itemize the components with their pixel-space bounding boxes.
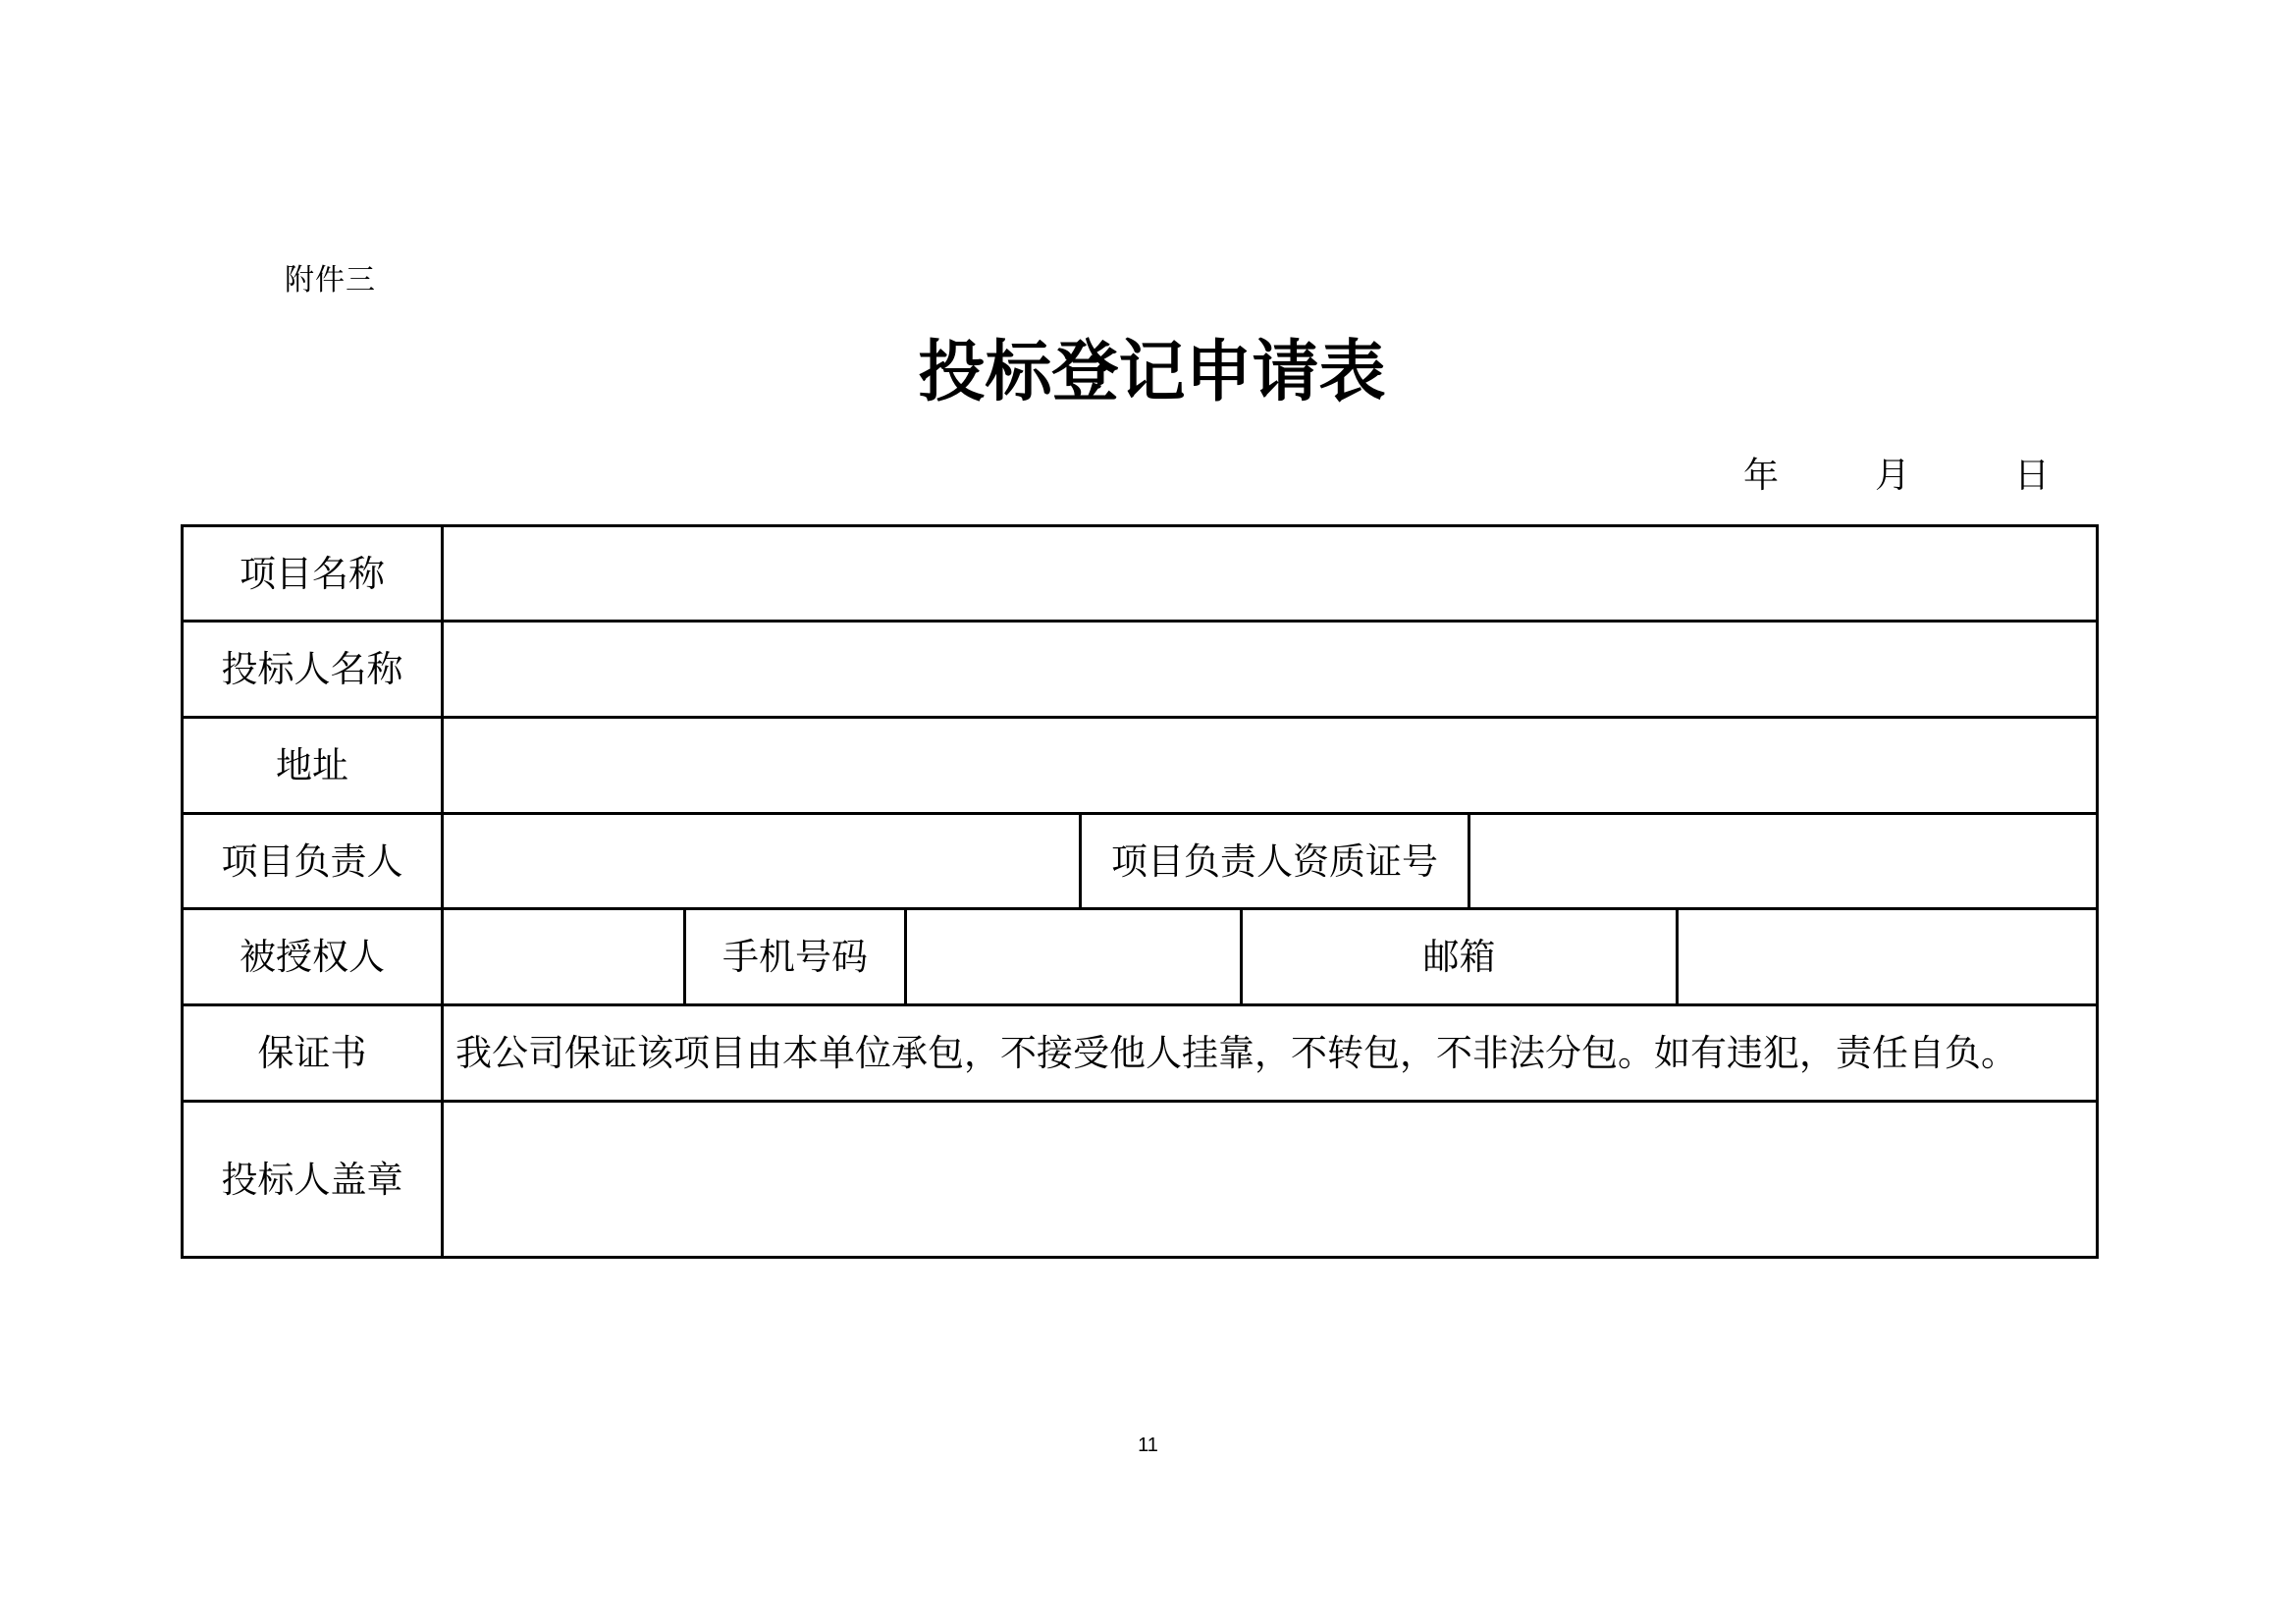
page-number: 11 — [0, 1434, 2296, 1457]
label-project-manager: 项目负责人 — [181, 812, 444, 910]
label-email: 邮箱 — [1240, 907, 1679, 1006]
date-year-label: 年 — [1743, 455, 1779, 498]
label-guarantee: 保证书 — [181, 1003, 444, 1103]
date-month-label: 月 — [1875, 455, 1910, 498]
label-project-name: 项目名称 — [181, 524, 444, 623]
registration-form-table: 项目名称 投标人名称 地址 项目负责人 项目负责人资质证号 被授权人 手机号码 … — [181, 524, 2099, 1259]
label-bidder-name: 投标人名称 — [181, 620, 444, 719]
label-authorized-person: 被授权人 — [181, 907, 444, 1006]
email-field[interactable] — [1676, 907, 2099, 1006]
date-day-label: 日 — [2014, 455, 2050, 498]
project-name-field[interactable] — [441, 524, 2099, 623]
bidder-seal-field[interactable] — [441, 1100, 2099, 1259]
attachment-label: 附件三 — [285, 263, 376, 298]
page-title: 投标登记申请表 — [0, 332, 2296, 414]
label-address: 地址 — [181, 716, 444, 815]
project-manager-field[interactable] — [441, 812, 1082, 910]
bidder-name-field[interactable] — [441, 620, 2099, 719]
phone-number-field[interactable] — [904, 907, 1243, 1006]
label-phone-number: 手机号码 — [683, 907, 907, 1006]
label-bidder-seal: 投标人盖章 — [181, 1100, 444, 1259]
authorized-person-field[interactable] — [441, 907, 686, 1006]
guarantee-statement: 我公司保证该项目由本单位承包，不接受他人挂靠，不转包，不非法分包。如有违犯，责任… — [441, 1003, 2099, 1103]
address-field[interactable] — [441, 716, 2099, 815]
manager-qualification-no-field[interactable] — [1468, 812, 2099, 910]
label-manager-qualification-no: 项目负责人资质证号 — [1079, 812, 1470, 910]
